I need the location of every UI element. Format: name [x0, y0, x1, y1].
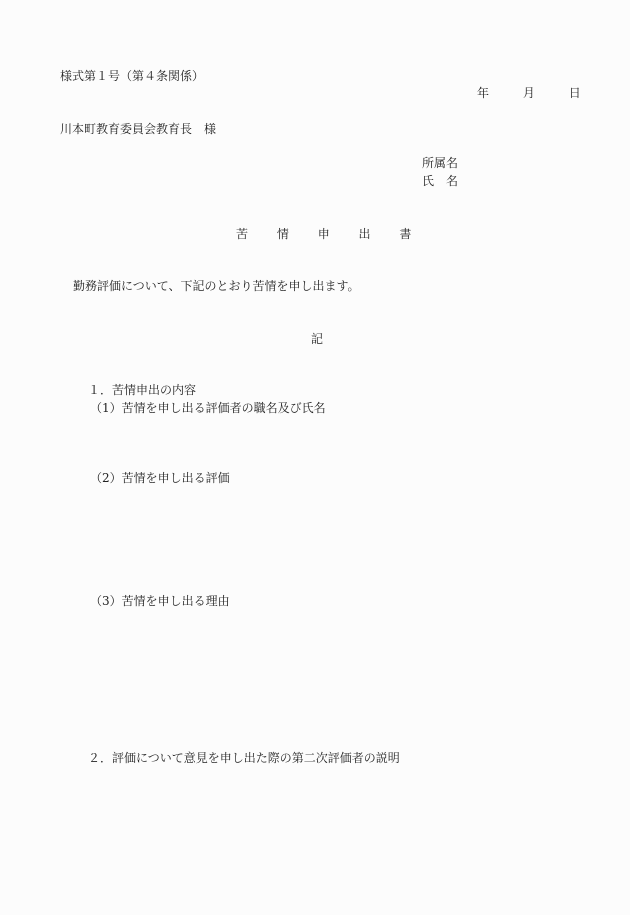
date-year-label: 年 — [477, 86, 489, 100]
date-day-label: 日 — [569, 86, 581, 100]
section-1-item-2: （2）苦情を申し出る評価 — [90, 471, 230, 485]
section-1-heading: １．苦情申出の内容 — [88, 383, 196, 397]
affiliation-label: 所属名 — [422, 156, 458, 170]
title-char: 申 — [318, 227, 330, 241]
date-month-label: 月 — [523, 86, 535, 100]
document-title: 苦 情 申 出 書 — [236, 227, 411, 241]
section-1-item-3: （3）苦情を申し出る理由 — [90, 594, 230, 608]
title-char: 書 — [399, 227, 411, 241]
title-char: 出 — [359, 227, 371, 241]
ki-label: 記 — [311, 332, 323, 346]
date-line: 年 月 日 — [477, 86, 581, 100]
section-1-item-1: （1）苦情を申し出る評価者の職名及び氏名 — [90, 401, 326, 415]
title-char: 情 — [277, 227, 289, 241]
addressee: 川本町教育委員会教育長 様 — [60, 122, 216, 136]
name-label: 氏 名 — [422, 174, 458, 188]
section-2-heading: ２．評価について意見を申し出た際の第二次評価者の説明 — [88, 751, 400, 765]
intro-text: 勤務評価について、下記のとおり苦情を申し出ます。 — [73, 279, 360, 293]
title-char: 苦 — [236, 227, 248, 241]
form-number: 様式第１号（第４条関係） — [60, 69, 204, 83]
